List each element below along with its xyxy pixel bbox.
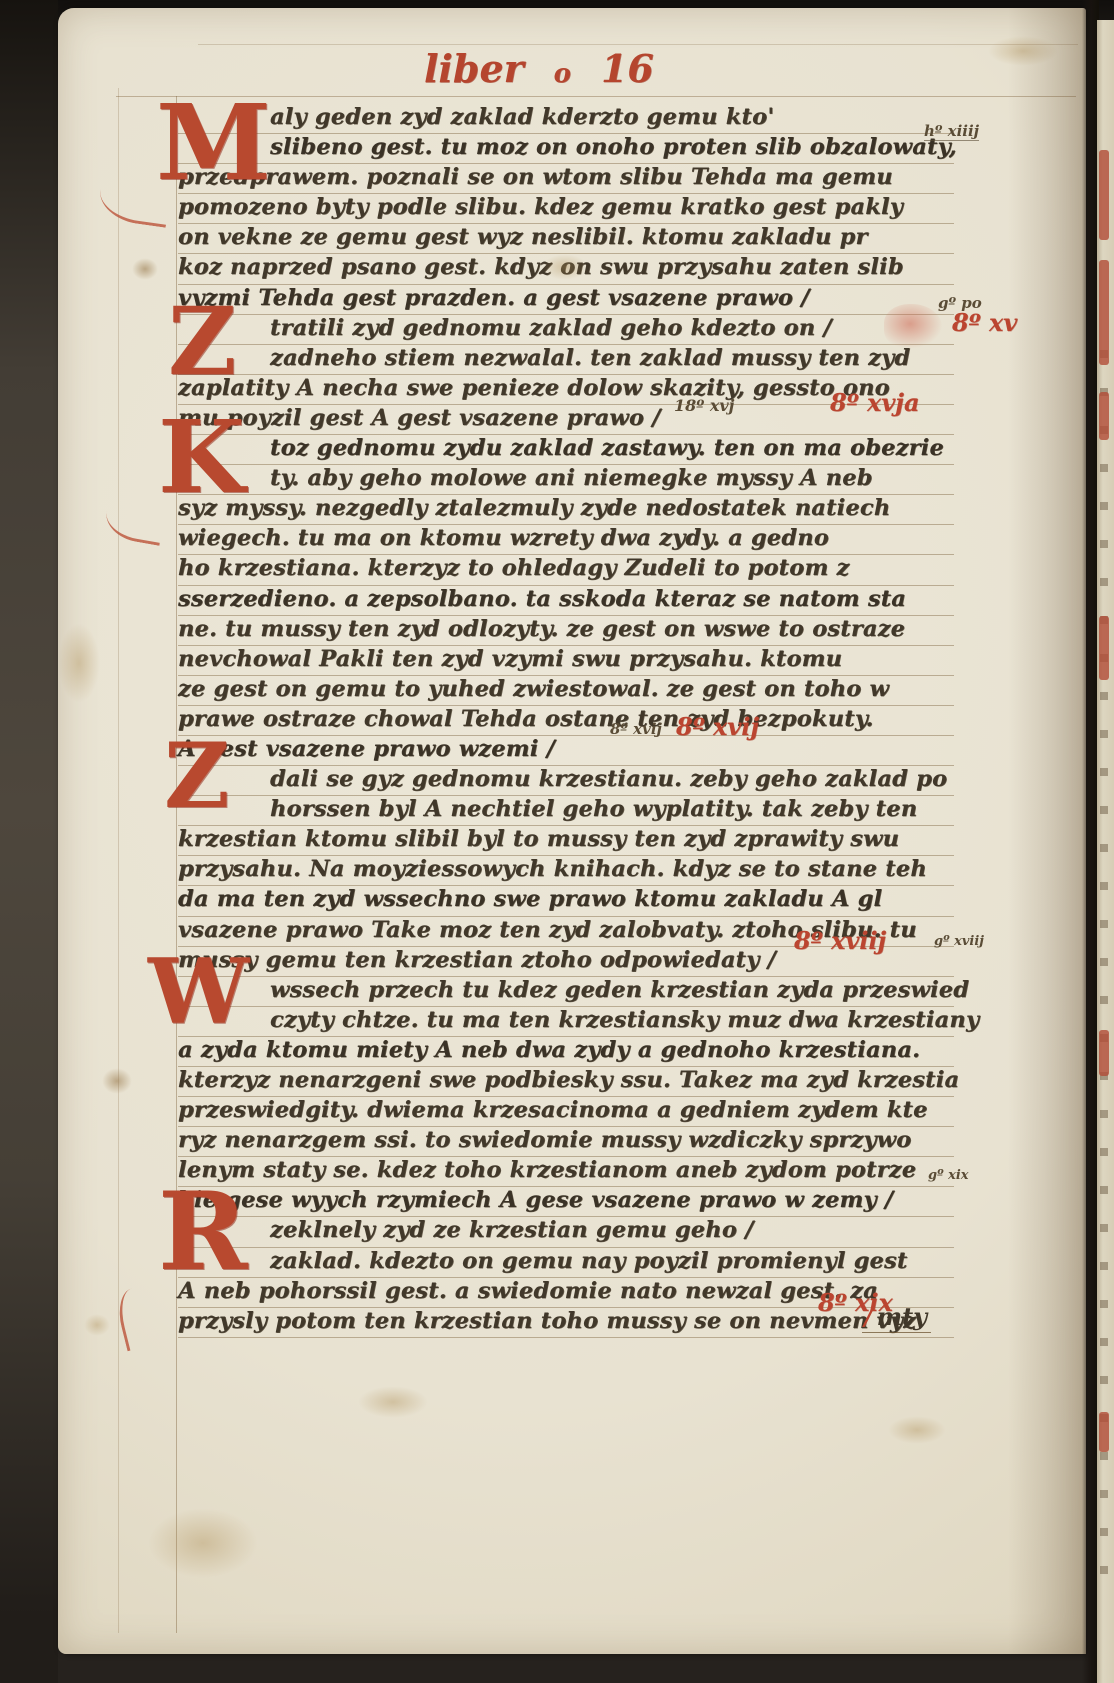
stain	[542, 254, 588, 280]
facing-page-initial-fragment	[1099, 392, 1109, 440]
text-line: pomozeno byty podle slibu. kdez gemu kra…	[178, 194, 954, 224]
text-line: dali se gyz gednomu krzestianu. zeby geh…	[178, 766, 954, 796]
text-line: krzestian ktomu slibil byl to mussy ten …	[178, 826, 954, 856]
facing-page-initial-fragment	[1099, 1412, 1109, 1452]
manuscript-scan: liber o 16 M Z K Z W R aly geden zyd zak…	[0, 0, 1114, 1683]
text-line: toz gednomu zydu zaklad zastawy. ten on …	[178, 435, 954, 465]
facing-page-initial-fragment	[1099, 1030, 1109, 1076]
text-line: tratili zyd gednomu zaklad geho kdezto o…	[178, 315, 954, 345]
margin-note: 8º xvja	[830, 388, 920, 417]
stain	[102, 1068, 132, 1094]
stain	[358, 1386, 428, 1418]
stain	[148, 1508, 258, 1578]
facing-page-initial-fragment	[1099, 616, 1109, 680]
text-line: kterzyz nenarzgeni swe podbiesky ssu. Ta…	[178, 1067, 954, 1097]
text-line: zeklnely zyd ze krzestian gemu geho /	[178, 1217, 954, 1247]
drop-cap-Z1: Z	[168, 300, 237, 385]
drop-cap-Z2: Z	[164, 736, 230, 817]
facing-page-initial-fragment	[1099, 150, 1109, 240]
text-line: ty. aby geho molowe ani niemegke myssy A…	[178, 465, 954, 495]
text-line: on vekne ze gemu gest wyz neslibil. ktom…	[178, 224, 954, 254]
facing-page-text-fragments	[1100, 320, 1108, 1600]
text-line: wssech przech tu kdez geden krzestian zy…	[178, 977, 954, 1007]
manuscript-page: liber o 16 M Z K Z W R aly geden zyd zak…	[58, 8, 1086, 1654]
margin-note: gº xix	[928, 1168, 969, 1183]
text-line: wiegech. tu ma on ktomu wzrety dwa zydy.…	[178, 525, 954, 555]
text-line: ne. tu mussy ten zyd odlozyty. ze gest o…	[178, 616, 954, 646]
ruling-line-top-outer	[198, 44, 1078, 45]
text-line: zaklad. kdezto on gemu nay poyzil promie…	[178, 1248, 954, 1278]
text-line: A gest vsazene prawo wzemi /	[178, 736, 954, 766]
stain	[84, 1314, 110, 1336]
page-curvature-shadow	[1008, 8, 1086, 1654]
facing-page-sliver	[1097, 20, 1114, 1683]
margin-note: 8º xvij	[676, 712, 759, 741]
text-line: da ma ten zyd wssechno swe prawo ktomu z…	[178, 886, 954, 916]
drop-cap-flourish	[102, 511, 163, 546]
red-ink-smudge	[884, 304, 942, 348]
ruling-line-left-outer	[118, 88, 119, 1633]
text-line: horssen byl A nechtiel geho wyplatity. t…	[178, 796, 954, 826]
margin-note: hº xiiij	[924, 122, 979, 141]
text-line: syz myssy. nezgedly ztalezmuly zyde nedo…	[178, 495, 954, 525]
margin-note: 8º xvij	[610, 720, 662, 738]
margin-note: gº xviij	[934, 934, 984, 949]
text-line: czyty chtze. tu ma ten krzestiansky muz …	[178, 1007, 954, 1037]
text-line: aly geden zyd zaklad kderzto gemu kto'	[178, 104, 954, 134]
text-line: lenym staty se. kdez toho krzestianom an…	[178, 1157, 954, 1187]
text-line: przysahu. Na moyziessowych knihach. kdyz…	[178, 856, 954, 886]
drop-cap-K: K	[158, 412, 245, 502]
catchword-slash: /	[864, 1302, 873, 1331]
catchword: /mty	[862, 1302, 931, 1333]
text-line: prawe ostraze chowal Tehda ostane ten zy…	[178, 706, 954, 736]
stain	[132, 258, 158, 280]
text-line: ho krzestiana. kterzyz to ohledagy Zudel…	[178, 555, 954, 585]
margin-note: 8º xviij	[794, 926, 886, 955]
text-line: sserzedieno. a zepsolbano. ta sskoda kte…	[178, 586, 954, 616]
text-line: a zyda ktomu miety A neb dwa zydy a gedn…	[178, 1037, 954, 1067]
facing-page-initial-fragment	[1099, 260, 1109, 365]
running-title-word: liber	[424, 46, 524, 91]
stain	[58, 623, 100, 703]
text-line: vyzmi Tehda gest prazden. a gest vsazene…	[178, 285, 954, 315]
running-title-separator: o	[554, 59, 571, 89]
text-line: nevchowal Pakli ten zyd vzymi swu przysa…	[178, 646, 954, 676]
stain	[888, 1416, 946, 1444]
text-line: przeswiedgity. dwiema krzesacinoma a ged…	[178, 1097, 954, 1127]
text-line: bie gese wyych rzymiech A gese vsazene p…	[178, 1187, 954, 1217]
drop-cap-R: R	[158, 1184, 248, 1281]
book-binding-edge	[0, 0, 58, 1683]
text-line: ze gest on gemu to yuhed zwiestowal. ze …	[178, 676, 954, 706]
drop-cap-M: M	[156, 96, 271, 190]
margin-note: 18º xvj	[674, 396, 734, 415]
text-line: przedprawem. poznali se on wtom slibu Te…	[178, 164, 954, 194]
text-line: zadneho stiem nezwalal. ten zaklad mussy…	[178, 345, 954, 375]
folio-number: 16	[601, 46, 654, 91]
catchword-text: mty	[877, 1302, 927, 1331]
text-block: aly geden zyd zaklad kderzto gemu kto' s…	[178, 104, 954, 1338]
text-line: slibeno gest. tu moz on onoho proten sli…	[178, 134, 954, 164]
running-title: liber o 16	[424, 46, 654, 91]
drop-cap-W: W	[148, 952, 243, 1033]
text-line: ryz nenarzgem ssi. to swiedomie mussy wz…	[178, 1127, 954, 1157]
